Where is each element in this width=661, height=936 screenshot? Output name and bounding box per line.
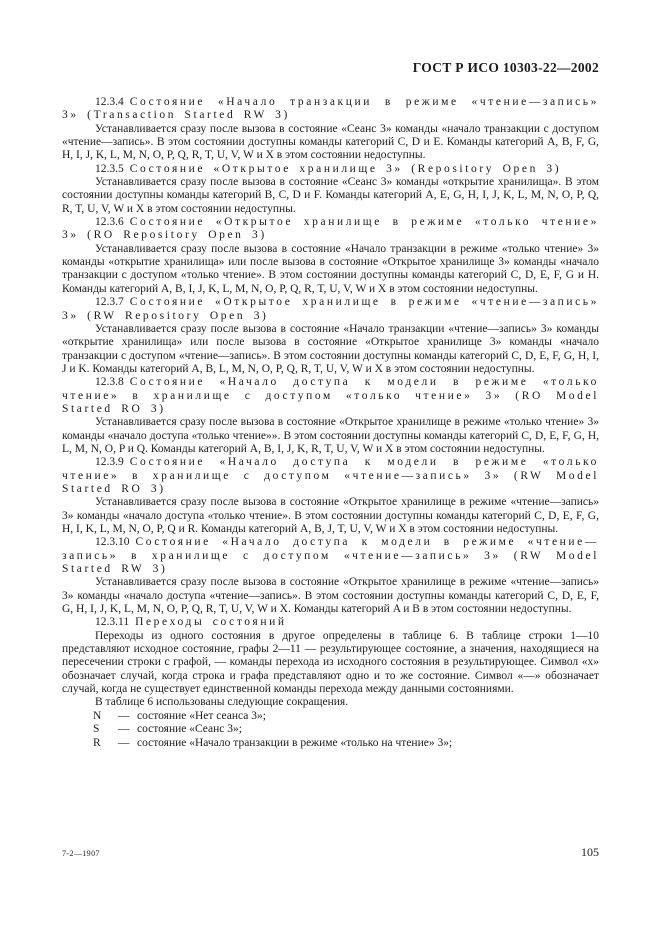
section-12-3-9: 12.3.9Состояние «Начало доступа к модели… [62,456,599,536]
abbreviation-text: состояние «Сеанс 3»; [137,723,599,736]
section-heading: 12.3.6Состояние «Открытое хранилище в ре… [62,216,599,243]
section-number: 12.3.11 [95,616,129,628]
section-number: 12.3.5 [95,163,124,175]
section-12-3-11: 12.3.11Переходы состояний Переходы из од… [62,616,599,709]
section-number: 12.3.10 [95,536,130,548]
section-title: Состояние «Начало доступа к модели в реж… [62,376,599,415]
section-heading: 12.3.5Состояние «Открытое хранилище 3» (… [62,163,599,176]
section-title: Состояние «Открытое хранилище 3» (Reposi… [130,163,561,175]
abbreviation-row: N — состояние «Нет сеанса 3»; [62,710,599,723]
section-title: Состояние «Начало доступа к модели в реж… [62,536,599,575]
section-paragraph: Переходы из одного состояния в другое оп… [62,630,599,697]
section-paragraph: Устанавливается сразу после вызова в сос… [62,323,599,376]
document-page: ГОСТ Р ИСО 10303-22—2002 12.3.4Состояние… [0,0,661,936]
abbreviation-text: состояние «Начало транзакции в режиме «т… [137,737,599,750]
section-12-3-7: 12.3.7Состояние «Открытое хранилище в ре… [62,296,599,376]
section-title: Состояние «Открытое хранилище в режиме «… [62,296,599,321]
section-number: 12.3.6 [95,216,124,228]
abbreviation-letter: R [93,737,118,750]
footer-printing-mark: 7-2—1907 [62,849,100,858]
section-paragraph: Устанавливается сразу после вызова в сос… [62,496,599,536]
section-12-3-6: 12.3.6Состояние «Открытое хранилище в ре… [62,216,599,296]
section-heading: 12.3.7Состояние «Открытое хранилище в ре… [62,296,599,323]
section-heading: 12.3.9Состояние «Начало доступа к модели… [62,456,599,496]
abbreviation-dash: — [118,723,137,736]
document-body: 12.3.4Состояние «Начало транзакции в реж… [62,96,599,750]
section-12-3-10: 12.3.10Состояние «Начало доступа к модел… [62,536,599,616]
page-number: 105 [581,845,599,860]
section-paragraph: Устанавливается сразу после вызова в сос… [62,416,599,456]
abbreviation-row: S — состояние «Сеанс 3»; [62,723,599,736]
section-12-3-8: 12.3.8Состояние «Начало доступа к модели… [62,376,599,456]
section-paragraph: Устанавливается сразу после вызова в сос… [62,243,599,296]
abbreviation-text: состояние «Нет сеанса 3»; [137,710,599,723]
abbreviation-list: N — состояние «Нет сеанса 3»; S — состоя… [62,710,599,750]
section-title: Состояние «Открытое хранилище в режиме «… [62,216,599,241]
section-title: Состояние «Начало доступа к модели в реж… [62,456,599,495]
abbreviation-letter: S [93,723,118,736]
running-header: ГОСТ Р ИСО 10303-22—2002 [62,60,599,76]
section-12-3-5: 12.3.5Состояние «Открытое хранилище 3» (… [62,163,599,216]
section-title: Переходы состояний [135,616,287,628]
abbreviation-dash: — [118,710,137,723]
section-title: Состояние «Начало транзакции в режиме «ч… [62,96,599,121]
section-heading: 12.3.10Состояние «Начало доступа к модел… [62,536,599,576]
section-heading: 12.3.8Состояние «Начало доступа к модели… [62,376,599,416]
section-paragraph: Устанавливается сразу после вызова в сос… [62,123,599,163]
section-paragraph: Устанавливается сразу после вызова в сос… [62,576,599,616]
section-number: 12.3.9 [95,456,124,468]
abbreviation-dash: — [118,737,137,750]
section-heading: 12.3.11Переходы состояний [62,616,599,629]
abbreviation-row: R — состояние «Начало транзакции в режим… [62,737,599,750]
page-content: ГОСТ Р ИСО 10303-22—2002 12.3.4Состояние… [62,60,599,750]
section-heading: 12.3.4Состояние «Начало транзакции в реж… [62,96,599,123]
abbreviation-letter: N [93,710,118,723]
section-number: 12.3.4 [95,96,124,108]
section-number: 12.3.8 [95,376,124,388]
section-12-3-4: 12.3.4Состояние «Начало транзакции в реж… [62,96,599,163]
section-paragraph: Устанавливается сразу после вызова в сос… [62,176,599,216]
section-number: 12.3.7 [95,296,124,308]
section-paragraph: В таблице 6 использованы следующие сокра… [62,696,599,709]
